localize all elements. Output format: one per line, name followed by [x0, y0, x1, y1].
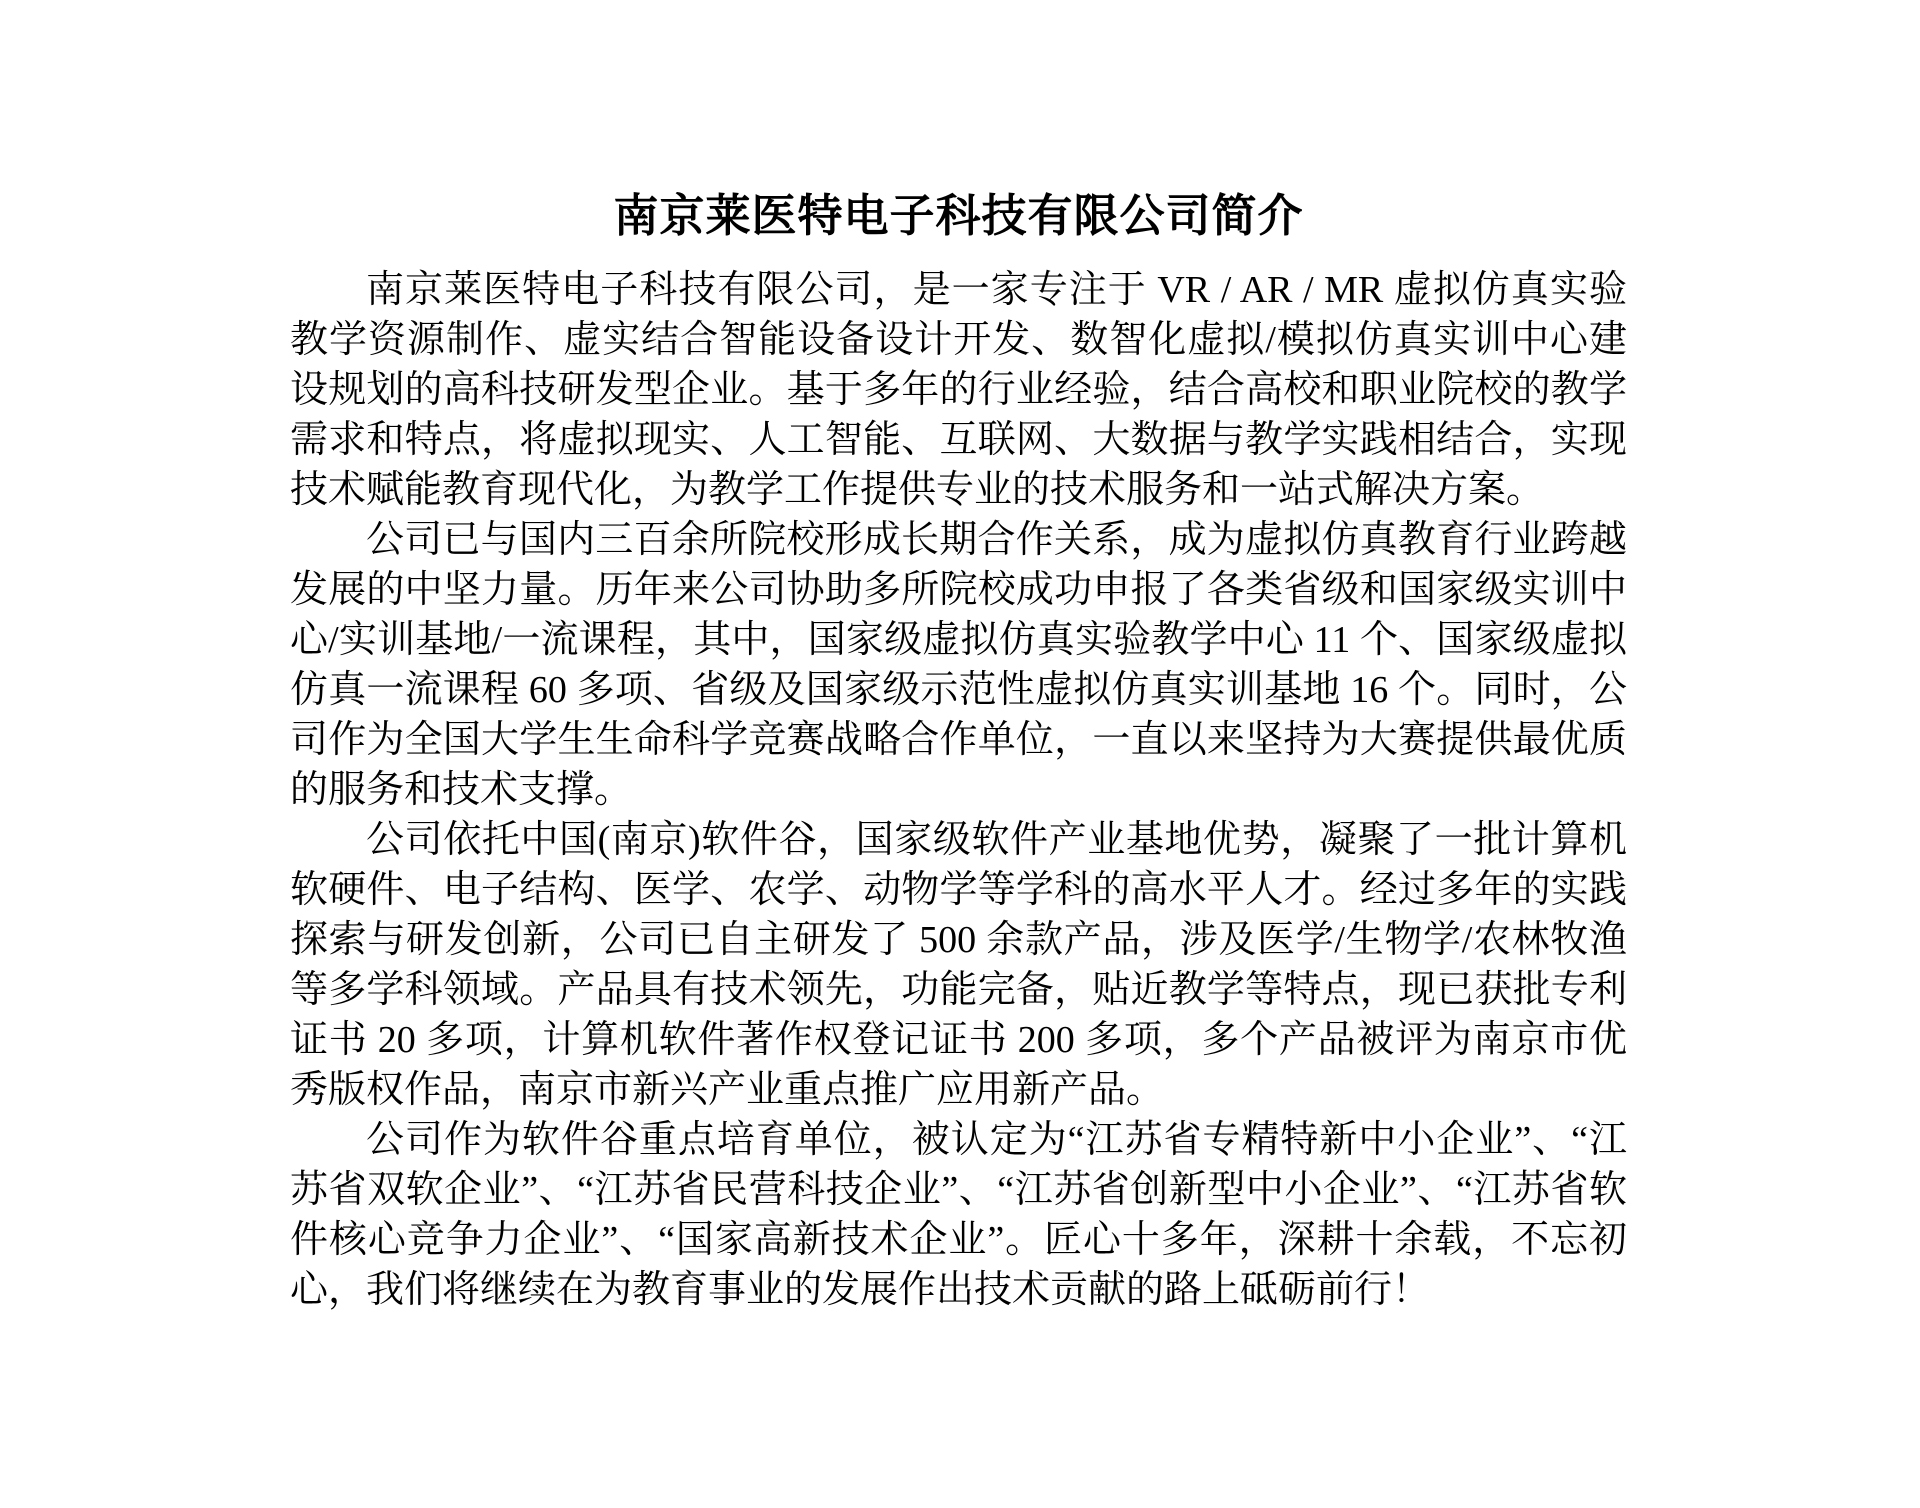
paragraph-cooperation-achievements: 公司已与国内三百余所院校形成长期合作关系，成为虚拟仿真教育行业跨越发展的中坚力量…: [290, 515, 1627, 815]
paragraph-company-overview: 南京莱医特电子科技有限公司，是一家专注于 VR / AR / MR 虚拟仿真实验…: [290, 265, 1627, 515]
document-page: 南京莱医特电子科技有限公司简介 南京莱医特电子科技有限公司，是一家专注于 VR …: [0, 0, 1920, 1508]
document-body: 南京莱医特电子科技有限公司，是一家专注于 VR / AR / MR 虚拟仿真实验…: [290, 265, 1627, 1315]
paragraph-rd-products: 公司依托中国(南京)软件谷，国家级软件产业基地优势，凝聚了一批计算机软硬件、电子…: [290, 815, 1627, 1115]
document-content: 南京莱医特电子科技有限公司简介 南京莱医特电子科技有限公司，是一家专注于 VR …: [290, 186, 1627, 1315]
document-title: 南京莱医特电子科技有限公司简介: [290, 186, 1627, 246]
paragraph-honors-vision: 公司作为软件谷重点培育单位，被认定为“江苏省专精特新中小企业”、“江苏省双软企业…: [290, 1115, 1627, 1315]
